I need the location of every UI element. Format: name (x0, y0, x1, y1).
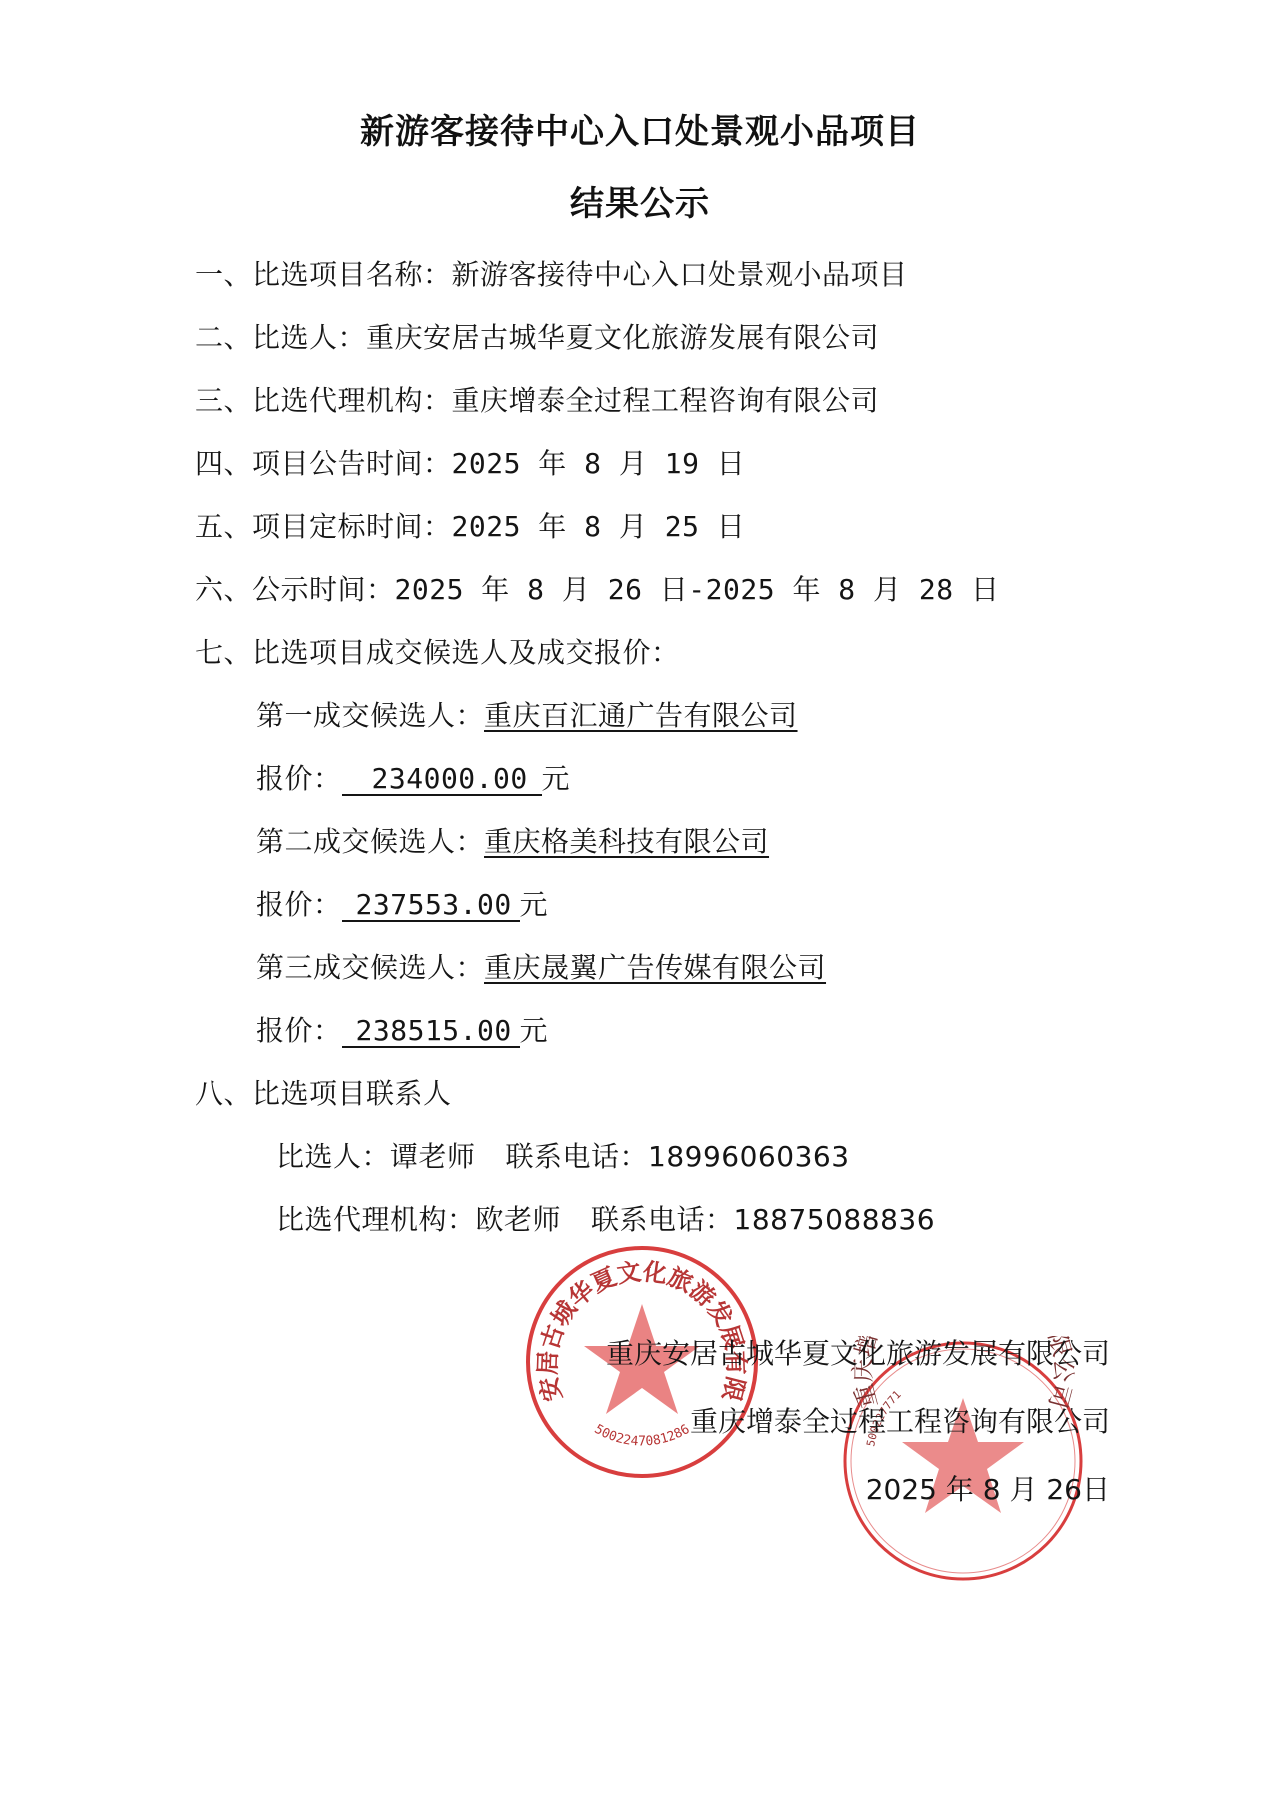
item-value: 2025 年 8 月 26 日-2025 年 8 月 28 日 (395, 573, 1000, 606)
price-unit: 元 (542, 762, 571, 795)
contact-role: 比选代理机构： (276, 1203, 476, 1236)
candidate-2: 第二成交候选人：重庆格美科技有限公司 (256, 820, 769, 860)
item-agency: 三、比选代理机构：重庆增泰全过程工程咨询有限公司 (195, 379, 879, 419)
candidate-2-price: 报价：237553.00元 (256, 883, 548, 923)
item-award-date: 五、项目定标时间：2025 年 8 月 25 日 (195, 505, 745, 545)
item-label: 四、项目公告时间： (195, 447, 452, 480)
candidate-rank: 第二成交候选人： (256, 825, 484, 858)
price-unit: 元 (520, 888, 549, 921)
price-label: 报价： (256, 1014, 342, 1047)
price-label: 报价： (256, 888, 342, 921)
contact-selector: 比选人：谭老师联系电话：18996060363 (276, 1135, 850, 1175)
candidate-company: 重庆格美科技有限公司 (484, 825, 769, 858)
signature-selector: 重庆安居古城华夏文化旅游发展有限公司 (606, 1332, 1110, 1372)
price-unit: 元 (520, 1014, 549, 1047)
announcement-page: 新游客接待中心入口处景观小品项目 结果公示 一、比选项目名称：新游客接待中心入口… (0, 0, 1280, 1800)
item-label: 二、比选人： (195, 321, 366, 354)
candidate-1: 第一成交候选人：重庆百汇通广告有限公司 (256, 694, 798, 734)
svg-text:5002247081286: 5002247081286 (592, 1422, 693, 1450)
contact-phone: 18875088836 (734, 1203, 935, 1236)
page-subtitle: 结果公示 (0, 176, 1280, 225)
item-project-name: 一、比选项目名称：新游客接待中心入口处景观小品项目 (195, 253, 908, 293)
seal-icon: 重庆增泰全过程工程咨询有限公司 500227771 (838, 1336, 1088, 1586)
item-announce-date: 四、项目公告时间：2025 年 8 月 19 日 (195, 442, 745, 482)
item-value: 2025 年 8 月 19 日 (452, 447, 746, 480)
page-title: 新游客接待中心入口处景观小品项目 (0, 104, 1280, 153)
item-value: 重庆安居古城华夏文化旅游发展有限公司 (366, 321, 879, 354)
contact-role: 比选人： (276, 1140, 390, 1173)
item-label: 三、比选代理机构： (195, 384, 452, 417)
contact-phone: 18996060363 (648, 1140, 849, 1173)
item-label: 七、比选项目成交候选人及成交报价： (195, 636, 680, 669)
item-value: 重庆增泰全过程工程咨询有限公司 (452, 384, 880, 417)
item-label: 一、比选项目名称： (195, 258, 452, 291)
price-value: 234000.00 (342, 764, 542, 796)
contact-name: 欧老师 (476, 1203, 562, 1236)
price-value: 237553.00 (342, 890, 520, 922)
official-seal-agency: 重庆增泰全过程工程咨询有限公司 500227771 (838, 1336, 1088, 1586)
item-label: 五、项目定标时间： (195, 510, 452, 543)
signature-agency: 重庆增泰全过程工程咨询有限公司 (690, 1400, 1110, 1440)
item-selector: 二、比选人：重庆安居古城华夏文化旅游发展有限公司 (195, 316, 879, 356)
item-value: 2025 年 8 月 25 日 (452, 510, 746, 543)
item-value: 新游客接待中心入口处景观小品项目 (452, 258, 908, 291)
candidate-3-price: 报价：238515.00元 (256, 1009, 548, 1049)
signature-date: 2025 年 8 月 26日 (866, 1468, 1110, 1508)
item-label: 六、公示时间： (195, 573, 395, 606)
contacts-heading: 八、比选项目联系人 (195, 1072, 452, 1112)
candidate-rank: 第一成交候选人： (256, 699, 484, 732)
candidate-1-price: 报价：234000.00元 (256, 757, 570, 797)
contact-name: 谭老师 (390, 1140, 476, 1173)
contact-agency: 比选代理机构：欧老师联系电话：18875088836 (276, 1198, 935, 1238)
item-candidates-heading: 七、比选项目成交候选人及成交报价： (195, 631, 680, 671)
price-value: 238515.00 (342, 1016, 520, 1048)
contact-phone-label: 联系电话： (591, 1203, 734, 1236)
contact-phone-label: 联系电话： (506, 1140, 649, 1173)
candidate-company: 重庆晟翼广告传媒有限公司 (484, 951, 826, 984)
item-publicity-period: 六、公示时间：2025 年 8 月 26 日-2025 年 8 月 28 日 (195, 568, 999, 608)
candidate-3: 第三成交候选人：重庆晟翼广告传媒有限公司 (256, 946, 826, 986)
seal-code: 5002247081286 (592, 1422, 693, 1450)
candidate-company: 重庆百汇通广告有限公司 (484, 699, 798, 732)
price-label: 报价： (256, 762, 342, 795)
candidate-rank: 第三成交候选人： (256, 951, 484, 984)
